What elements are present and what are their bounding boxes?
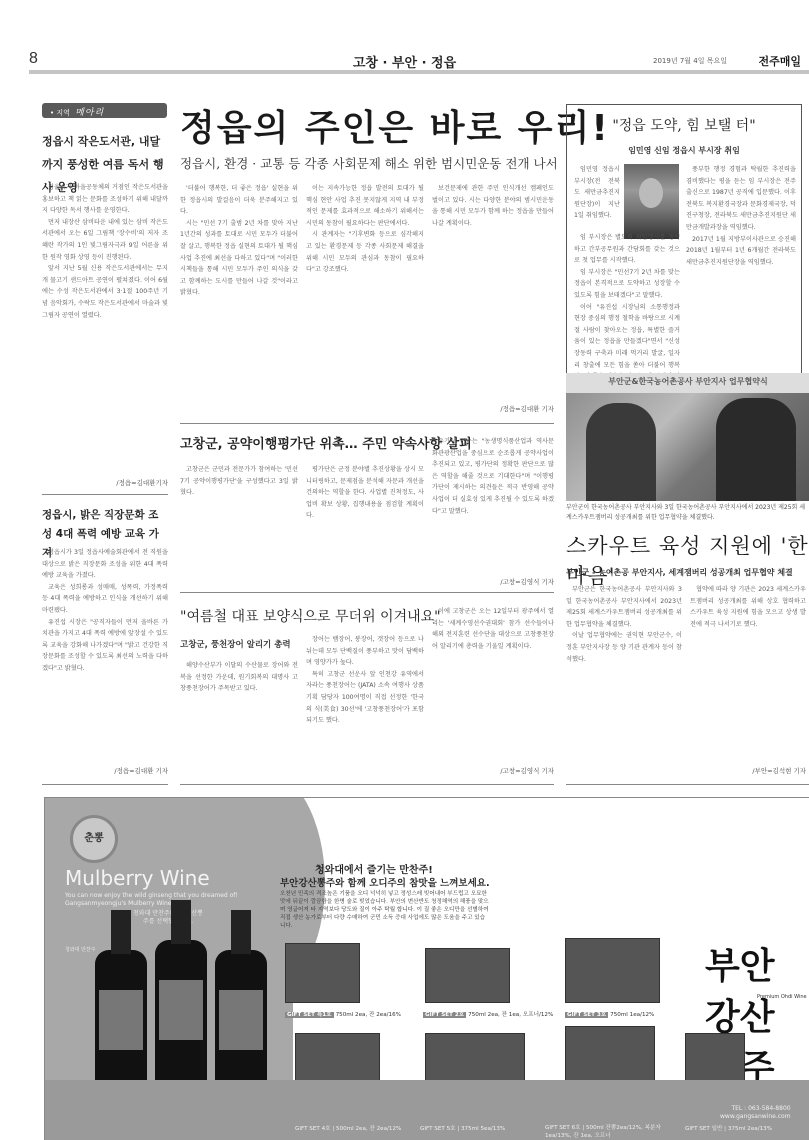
main-body-col1: '더불어 행복한, 더 좋은 정읍' 실현을 위한 정읍시의 발걸음이 더욱 분… (180, 183, 298, 413)
eel-body-col3: 이에 고창군은 오는 12일부터 광주에서 열리는 '세계수영선수권대회' 참가… (432, 606, 554, 761)
gift-set-label: GIFT SET 2호750ml 2ea, 잔 1ea, 오프너/12% (423, 1010, 553, 1018)
divider (566, 784, 809, 785)
header-divider (29, 70, 809, 74)
gift-set-image (285, 943, 360, 1003)
brand-logo: 춘뽕 (70, 815, 118, 863)
gochang-body-col2: 평가단은 군정 분야별 추진상황을 상시 모니터링하고, 문제점을 분석해 자문… (306, 464, 424, 584)
ad-headline-1: 청와대에서 즐기는 만찬주! (315, 861, 433, 876)
issue-date: 2019년 7월 4일 목요일 (653, 56, 727, 66)
blue-house-badge-label: 청와대 만찬주 (65, 946, 96, 953)
byline: /고창=김영식 기자 (432, 577, 554, 586)
eel-body-col1: 해양수산부가 이달의 수산물로 장어와 전복을 선정한 가운데, 원기회복의 대… (180, 660, 298, 778)
ad-headline-2: 부안강산뽕주와 함께 오디주의 참맛을 느껴보세요. (280, 875, 490, 889)
wine-bottle (95, 950, 147, 1100)
gift-set-label: GIFT SET 4호 | 500ml 2ea, 잔 2ea/12% (295, 1124, 401, 1132)
portrait-photo (624, 164, 679, 239)
divider (180, 592, 554, 593)
ad-english-text: You can now enjoy the wild ginseng that … (65, 892, 255, 908)
divider (42, 494, 168, 495)
article-body-library: 정읍시가 마을공동체의 거점인 작은도서관을 홍보하고 책 읽는 문화를 조성하… (42, 182, 168, 472)
byline: /고창=김영식 기자 (432, 766, 554, 775)
vice-mayor-headline[interactable]: "정읍 도약, 힘 보탤 터" (566, 115, 802, 135)
section-tag-big: 메아리 (75, 108, 104, 118)
phone-number: TEL : 063-584-8800 (720, 1105, 791, 1113)
article-subheadline-scout: 부안군 - 농어촌공 부안지사, 세계잼버리 성공개최 업무협약 체결 (566, 567, 793, 578)
divider (42, 784, 168, 785)
section-tag-small: 지역 (56, 109, 70, 117)
blue-house-badge-text: 청와대 만찬주! 부안강산뽕주를 선택했습니다. (133, 910, 203, 926)
byline: /부안=김석현 기자 (690, 766, 806, 775)
gochang-body-col1: 고창군은 군민과 전문가가 참여하는 '민선 7기 공약이행평가단'을 구성했다… (180, 464, 298, 584)
article-headline-eel[interactable]: "여름철 대표 보양식으로 무더위 이겨내요" (180, 606, 441, 626)
scout-body-col1: 부안군은 한국농어촌공사 부안지사와 3일 한국농어촌공사 부안지사에서 202… (566, 584, 682, 764)
main-body-col2: 이는 지속가능한 정읍 발전의 토대가 될 핵심 현안 사업 추진 못지않게 지… (306, 183, 424, 413)
byline: /정읍=김대환 기자 (42, 766, 168, 775)
section-tag: • 지역 메아리 (42, 103, 167, 118)
byline: /정읍=김대환기자 (42, 478, 168, 487)
divider (180, 423, 554, 424)
agreement-photo: 부안군&한국농어촌공사 부안지사 업무협약식 (566, 373, 809, 501)
article-headline-gochang[interactable]: 고창군, 공약이행평가단 위촉… 주민 약속사항 살펴 (180, 433, 472, 452)
main-body-col3: 보건문제에 관한 주민 인식개선 캠페인도 벌이고 있다. 시는 다양한 분야의… (432, 183, 554, 398)
gift-set-label: GIFT SET 일반 | 375ml 2ea/13% (685, 1124, 772, 1132)
gift-set-label: GIFT SET 3호750ml 1ea/12% (565, 1010, 654, 1018)
article-subheadline-eel: 고창군, 풍천장어 알리기 총력 (180, 638, 291, 650)
gift-set-image (565, 938, 660, 1003)
vice-mayor-body-c: 풍부한 행정 경험과 탁월한 추진력을 겸비했다는 평을 듣는 임 부시장은 전… (686, 164, 796, 379)
byline: /정읍=김대환 기자 (432, 404, 554, 413)
premium-label: Premium Ohdi Wine (757, 994, 807, 1001)
gift-set-label: GIFT SET 특1호750ml 2ea, 잔 2ea/16% (285, 1010, 401, 1018)
newspaper-name: 전주매일 (758, 53, 801, 69)
wine-bottle (155, 940, 207, 1100)
gift-set-label: GIFT SET 5호 | 375ml 5ea/13% (420, 1124, 505, 1132)
mulberry-wine-ad[interactable]: 춘뽕 Mulberry Wine You can now enjoy the w… (44, 797, 809, 1140)
gift-set-image (425, 948, 510, 1003)
vice-mayor-body-b: 임 부시장은 별도의 취임행사를 생략하고 간부공무원과 간담회를 갖는 것으로… (574, 232, 680, 394)
wine-bottle (215, 950, 267, 1100)
divider (180, 784, 554, 785)
gochang-body-col3: 유기상 군수는 "농생명식품산업과 역사문화관광산업을 중심으로 순조롭게 공약… (432, 436, 554, 571)
bullet-icon: • (50, 109, 54, 117)
main-subheadline: 정읍시, 환경 · 교통 등 각종 사회문제 해소 위한 범시민운동 전개 나서 (180, 154, 558, 172)
website-link[interactable]: www.gangsanwine.com (720, 1113, 791, 1121)
article-headline-scout[interactable]: 스카우트 육성 지원에 '한마음' (566, 530, 809, 590)
eel-body-col2: 장어는 뱀장어, 붕장어, 갯장어 등으로 나뉘는데 모두 단백질이 풍부하고 … (306, 634, 424, 778)
article-body-workplace: 정읍시가 3일 정읍사예술회관에서 전 직원을 대상으로 밝은 직장문화 조성을… (42, 547, 168, 765)
scout-body-col2: 협약에 따라 양 기관은 2023 세계스카우트잼버리 성공개최를 위해 상호 … (690, 584, 806, 762)
gift-set-label: GIFT SET 6호 | 500ml 잔뽕2ea/12%, 복분자1ea/13… (545, 1124, 675, 1140)
main-headline[interactable]: 정읍의 주인은 바로 우리! (180, 100, 610, 151)
ad-contact: TEL : 063-584-8800 www.gangsanwine.com (720, 1105, 791, 1121)
vice-mayor-subheadline: 임민영 신임 정읍시 부시장 취임 (566, 145, 802, 156)
ad-title: Mulberry Wine (65, 866, 210, 890)
photo-caption: 부안군이 한국농어촌공사 부안지사와 3일 한국농어촌공사 부안지사에서 202… (566, 503, 809, 523)
vice-mayor-body-a: 임민영 정읍시 부시장(전 전북도 새만금추진지원단장)이 지난 1일 취임했다… (574, 164, 620, 230)
ad-body-text: 오천년 민족의 격조높은 기품을 오디 넉넉히 넣고 정성스레 빚어내어 부드럽… (280, 890, 490, 930)
